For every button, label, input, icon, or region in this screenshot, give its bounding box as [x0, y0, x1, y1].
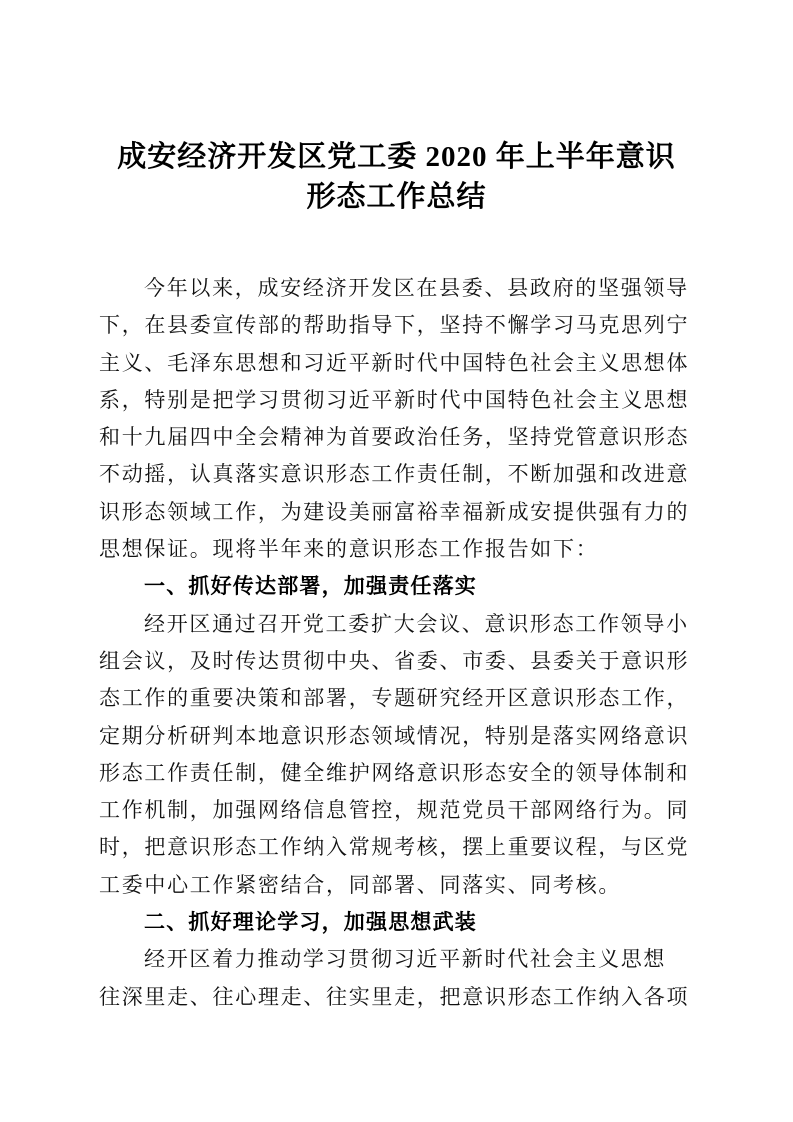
document-title: 成安经济开发区党工委 2020 年上半年意识 形态工作总结 [90, 137, 703, 217]
document-page: 成安经济开发区党工委 2020 年上半年意识 形态工作总结 今年以来，成安经济开… [0, 0, 793, 1122]
intro-paragraph: 今年以来，成安经济开发区在县委、县政府的坚强领导 下，在县委宣传部的帮助指导下，… [99, 270, 693, 568]
section-1-paragraph: 经开区通过召开党工委扩大会议、意识形态工作领导小 组会议，及时传达贯彻中央、省委… [99, 606, 693, 904]
section-2-paragraph: 经开区着力推动学习贯彻习近平新时代社会主义思想 往深里走、往心理走、往实里走，把… [99, 941, 693, 1016]
document-body: 今年以来，成安经济开发区在县委、县政府的坚强领导 下，在县委宣传部的帮助指导下，… [99, 270, 693, 1016]
section-heading-1: 一、抓好传达部署，加强责任落实 [99, 568, 693, 605]
section-heading-2: 二、抓好理论学习，加强思想武装 [99, 904, 693, 941]
